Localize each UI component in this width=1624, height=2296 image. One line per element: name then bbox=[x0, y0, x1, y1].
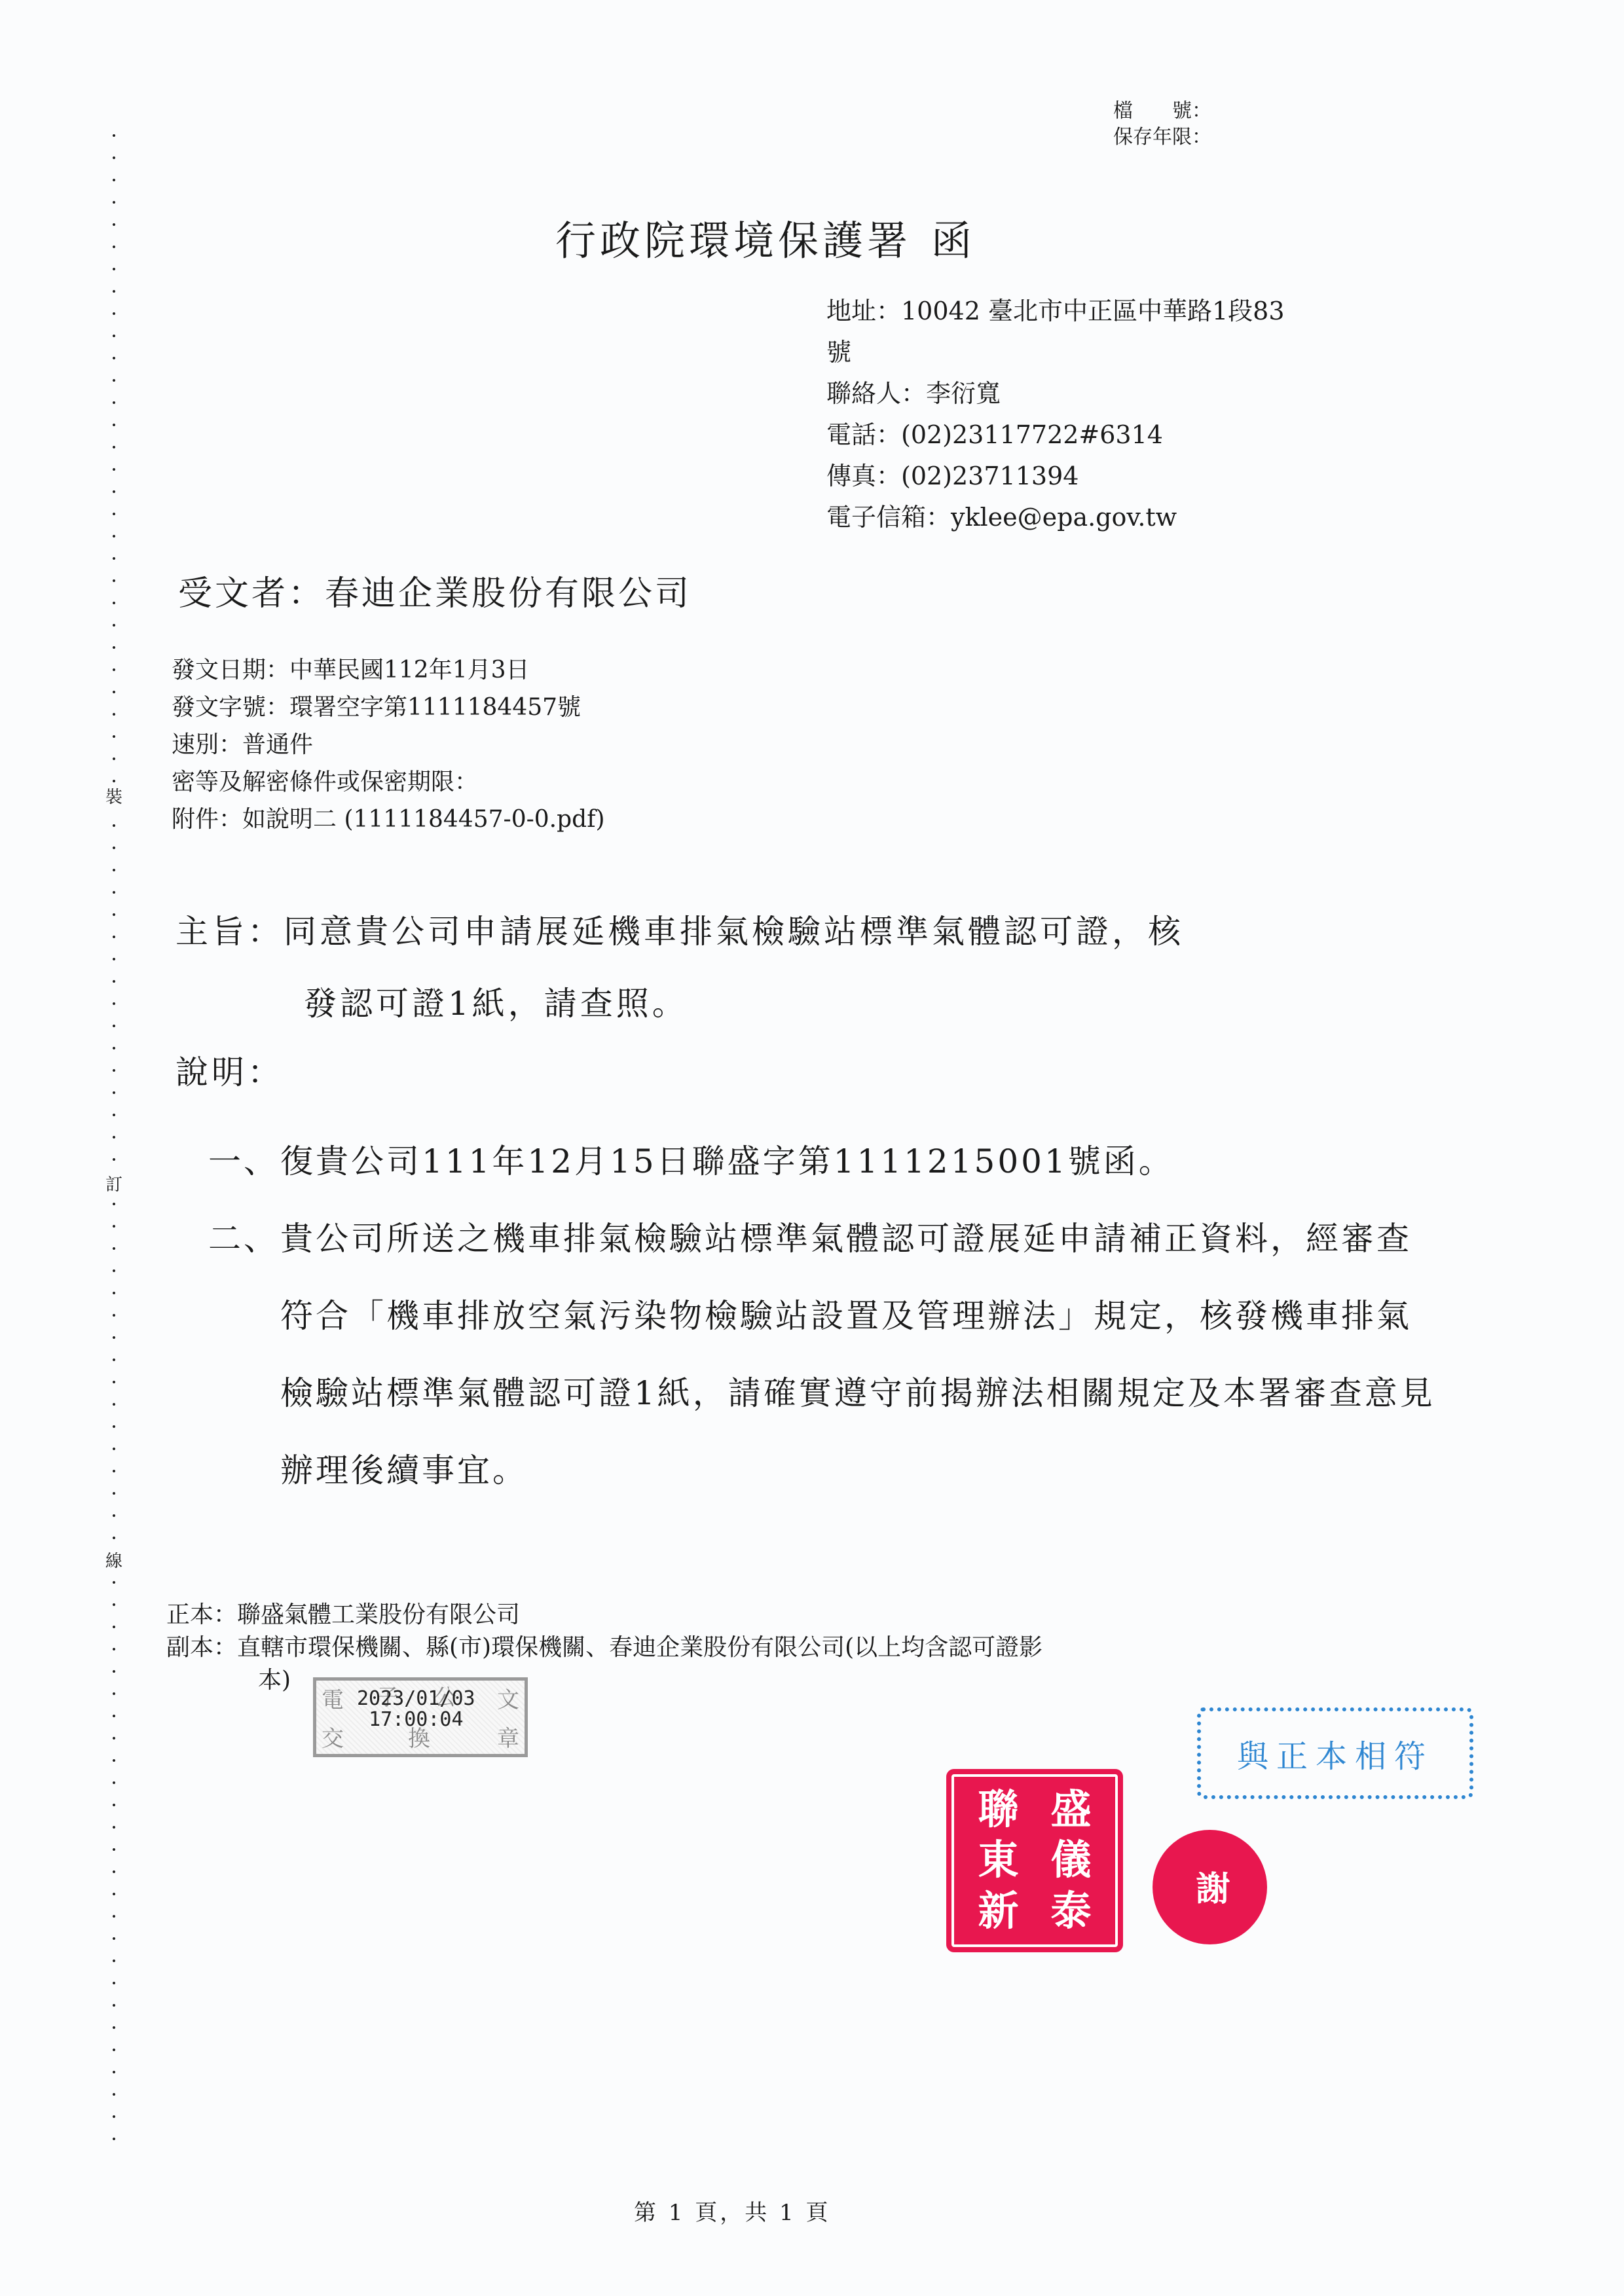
seal-char: 盛 bbox=[1035, 1785, 1107, 1835]
subject: 主旨：同意貴公司申請展延機車排氣檢驗站標準氣體認可證，核 發認可證1紙，請查照。 bbox=[175, 896, 1184, 1040]
stamp-char: 章 bbox=[497, 1721, 519, 1753]
stamp-timestamp: 2023/01/03 17:00:04 bbox=[357, 1688, 475, 1730]
explanation-title: 說明： bbox=[175, 1046, 284, 1093]
distribution: 正本：聯盛氣體工業股份有限公司 副本：直轄市環保機關、縣(市)環保機關、春迪企業… bbox=[166, 1599, 1043, 1697]
official-square-seal: 聯 盛 東 儀 新 泰 bbox=[946, 1769, 1123, 1952]
certified-copy-stamp: 與正本相符 bbox=[1197, 1707, 1473, 1799]
page-number: 第 1 頁，共 1 頁 bbox=[634, 2195, 831, 2227]
document-number: 發文字號：環署空字第1111184457號 bbox=[172, 689, 605, 726]
stamp-char: 電 bbox=[322, 1682, 344, 1714]
explanation-item: 一、 復貴公司111年12月15日聯盛字第1111215001號函。 bbox=[208, 1123, 1446, 1200]
retention-period-label: 保存年限： bbox=[1113, 124, 1211, 151]
cc-recipients-cont: 本) bbox=[166, 1664, 1043, 1697]
email: 電子信箱：yklee@epa.gov.tw bbox=[826, 497, 1285, 538]
stamp-date: 2023/01/03 bbox=[357, 1688, 475, 1709]
address-line-1: 地址：10042 臺北市中正區中華路1段83 bbox=[826, 291, 1285, 332]
stamp-time: 17:00:04 bbox=[357, 1709, 475, 1730]
binding-char-zhuang: 裝 bbox=[96, 784, 132, 811]
item-number: 一、 bbox=[208, 1123, 279, 1200]
item-text: 復貴公司111年12月15日聯盛字第1111215001號函。 bbox=[280, 1142, 1174, 1180]
recipient: 受文者：春迪企業股份有限公司 bbox=[178, 566, 692, 615]
seal-char: 儀 bbox=[1035, 1835, 1107, 1886]
stamp-char: 文 bbox=[497, 1682, 519, 1714]
address-line-2: 號 bbox=[826, 332, 1285, 373]
page-title: 行政院環境保護署函 bbox=[555, 208, 976, 266]
subject-line-1: 主旨：同意貴公司申請展延機車排氣檢驗站標準氣體認可證，核 bbox=[175, 896, 1184, 968]
personal-round-seal: 謝 bbox=[1153, 1830, 1267, 1944]
agency-name: 行政院環境保護署 bbox=[555, 217, 912, 264]
binding-margin-dotted-line bbox=[113, 124, 115, 2154]
priority: 速別：普通件 bbox=[172, 726, 605, 763]
phone: 電話：(02)23117722#6314 bbox=[826, 414, 1285, 456]
cc-recipients: 副本：直轄市環保機關、縣(市)環保機關、春迪企業股份有限公司(以上均含認可證影 bbox=[166, 1631, 1043, 1664]
attachment: 附件：如說明二 (1111184457-0-0.pdf) bbox=[172, 801, 605, 838]
seal-char: 新 bbox=[962, 1886, 1035, 1937]
e-document-exchange-stamp: 電 子 公 文 交 換 章 2023/01/03 17:00:04 bbox=[313, 1677, 528, 1757]
stamp-char: 交 bbox=[322, 1721, 344, 1753]
fax: 傳真：(02)23711394 bbox=[826, 456, 1285, 497]
contact-block: 地址：10042 臺北市中正區中華路1段83 號 聯絡人：李衍寬 電話：(02)… bbox=[826, 291, 1285, 538]
contact-person: 聯絡人：李衍寬 bbox=[826, 373, 1285, 414]
original-recipient: 正本：聯盛氣體工業股份有限公司 bbox=[166, 1599, 1043, 1631]
seal-char: 聯 bbox=[962, 1785, 1035, 1835]
subject-line-2: 發認可證1紙，請查照。 bbox=[175, 968, 1184, 1040]
explanation-items: 一、 復貴公司111年12月15日聯盛字第1111215001號函。 二、 貴公… bbox=[208, 1123, 1446, 1509]
classification: 密等及解密條件或保密期限： bbox=[172, 763, 605, 801]
issue-date: 發文日期：中華民國112年1月3日 bbox=[172, 651, 605, 689]
item-text: 貴公司所送之機車排氣檢驗站標準氣體認可證展延申請補正資料，經審查符合「機車排放空… bbox=[280, 1220, 1435, 1489]
explanation-item: 二、 貴公司所送之機車排氣檢驗站標準氣體認可證展延申請補正資料，經審查符合「機車… bbox=[208, 1200, 1446, 1509]
file-number-label: 檔 號： bbox=[1113, 98, 1211, 124]
document-type: 函 bbox=[931, 217, 976, 264]
document-meta: 發文日期：中華民國112年1月3日 發文字號：環署空字第1111184457號 … bbox=[172, 651, 605, 838]
binding-char-ding: 訂 bbox=[96, 1172, 132, 1198]
seal-char: 泰 bbox=[1035, 1886, 1107, 1937]
seal-char: 東 bbox=[962, 1835, 1035, 1886]
item-number: 二、 bbox=[208, 1200, 279, 1277]
binding-char-xian: 線 bbox=[96, 1548, 132, 1575]
file-meta: 檔 號： 保存年限： bbox=[1113, 98, 1211, 151]
